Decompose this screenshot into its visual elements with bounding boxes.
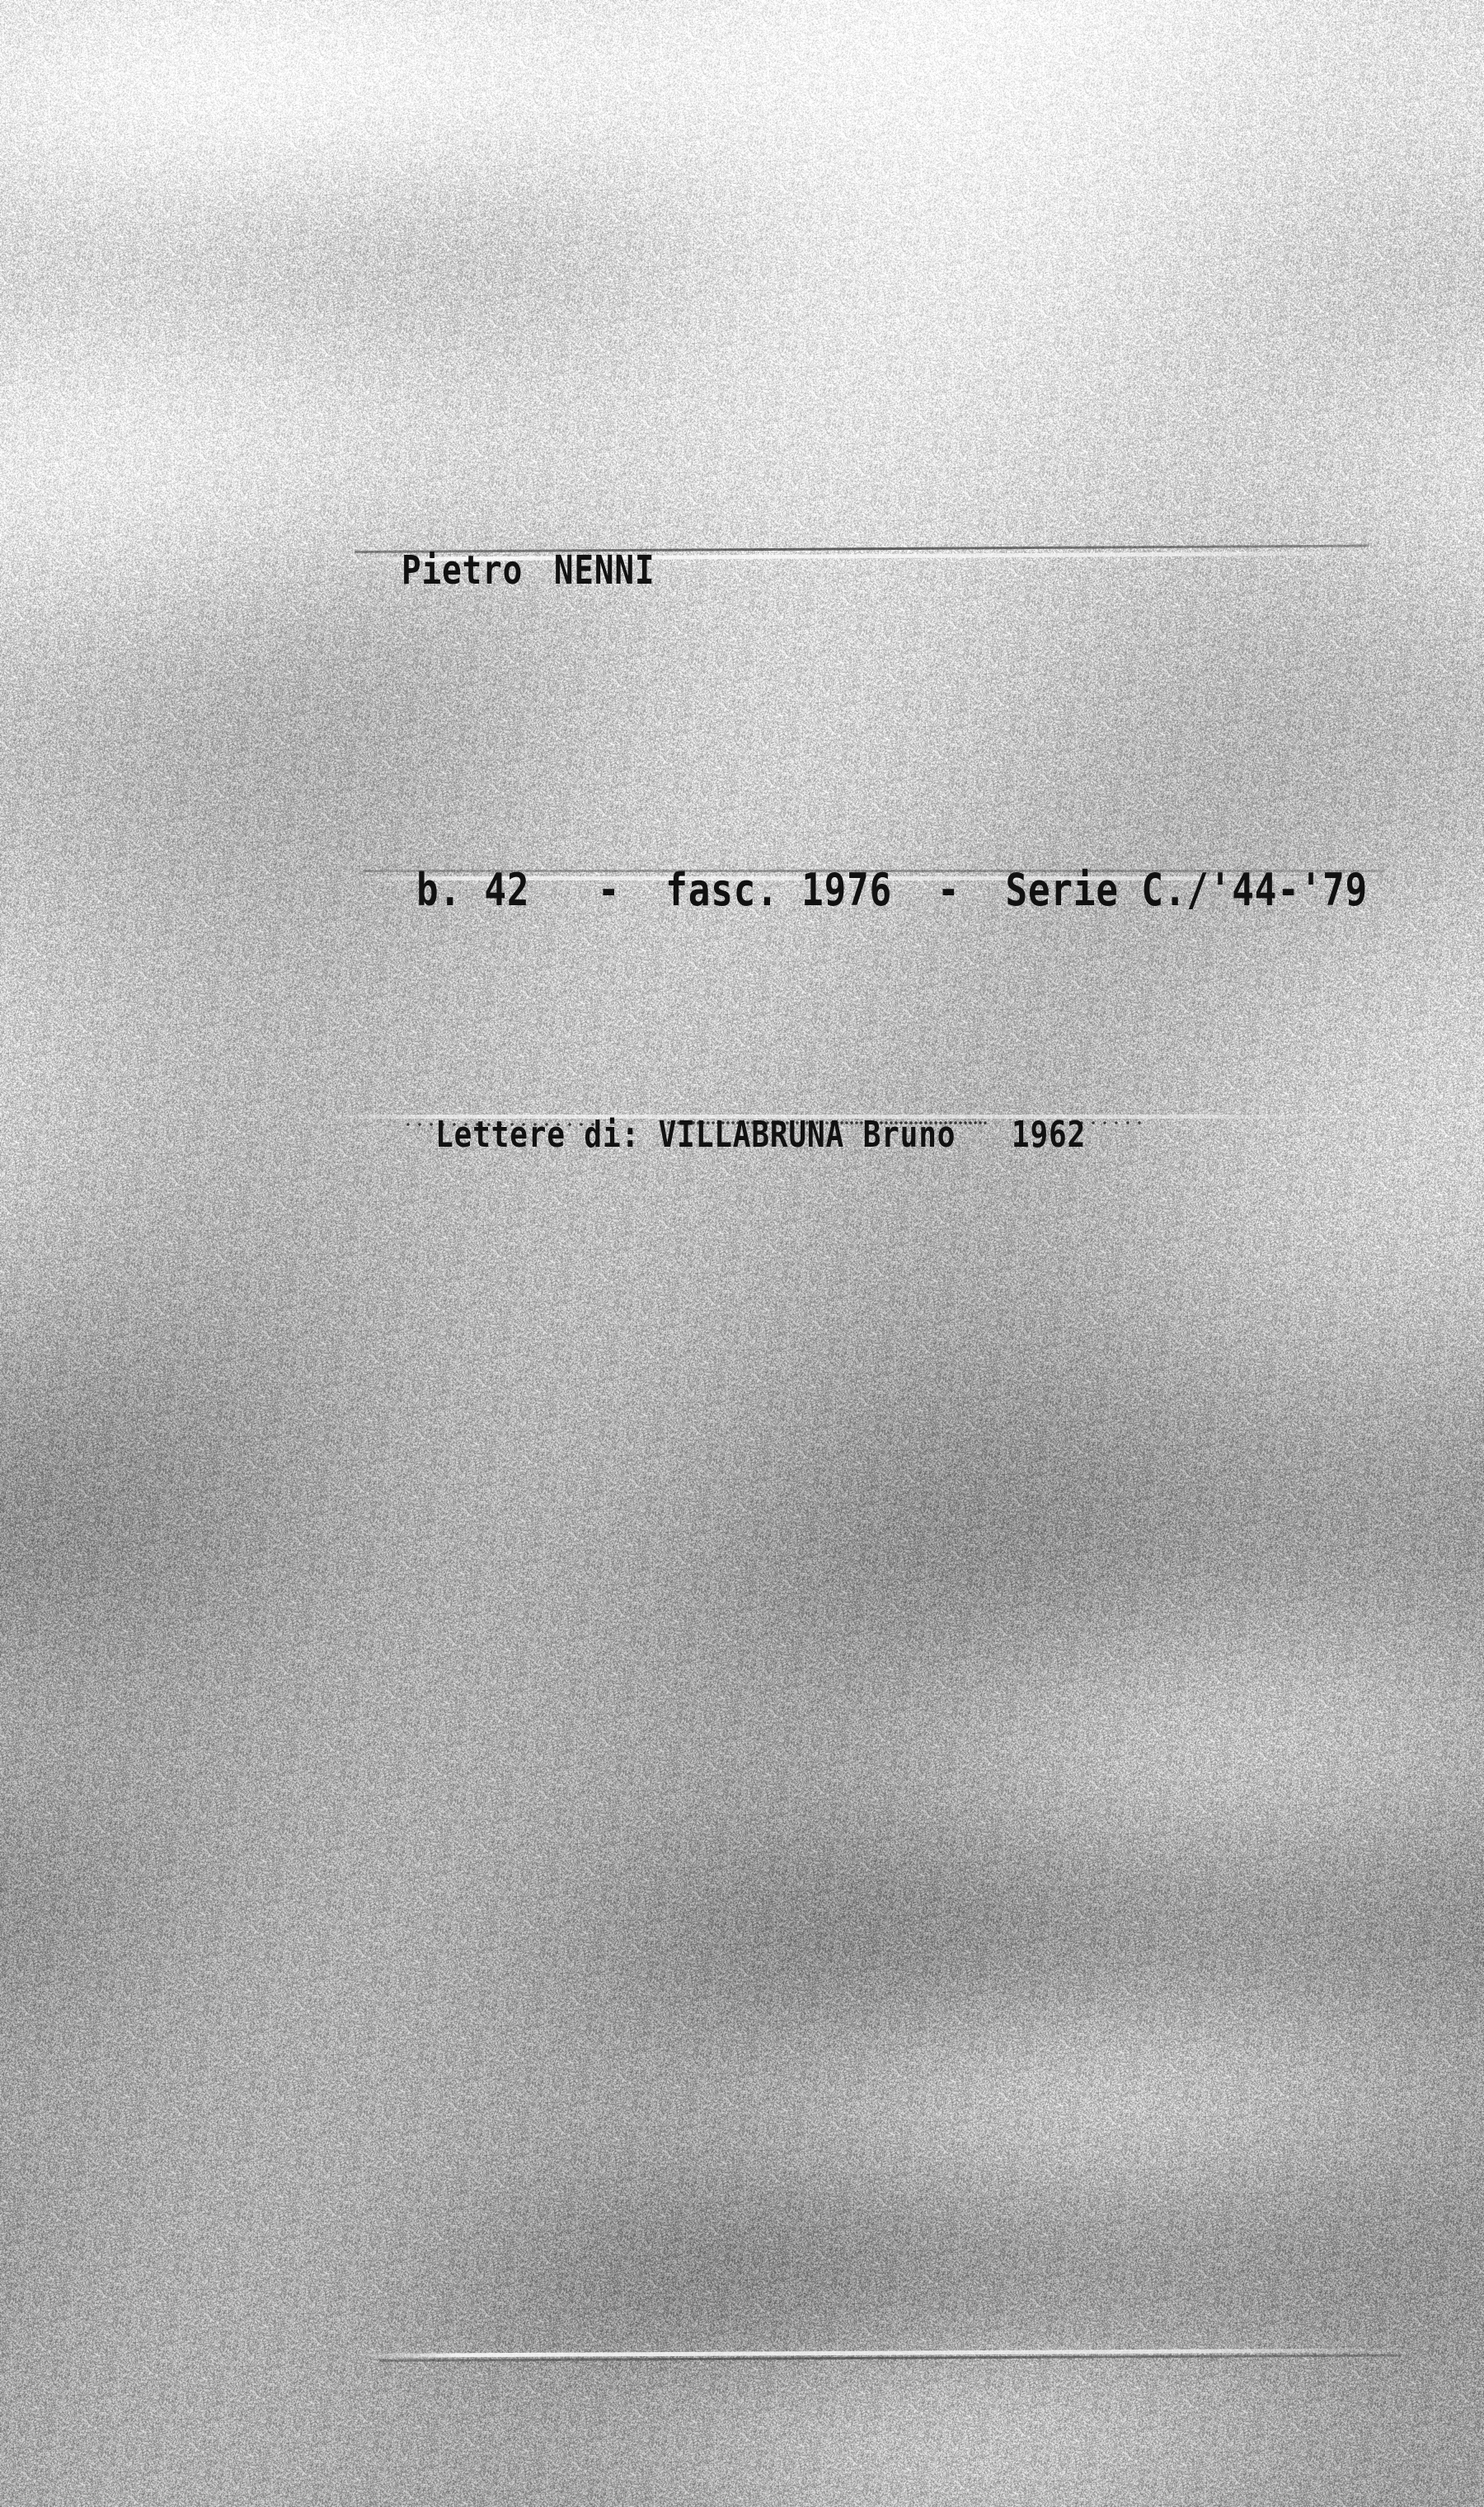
fascicolo-number: fasc. 1976 — [665, 864, 892, 916]
serie-label: Serie C./'44-'79 — [1005, 864, 1368, 916]
lettere-label: Lettere di: — [435, 1114, 640, 1156]
author-line: PietroNENNI — [361, 501, 655, 594]
lettere-line: Lettere di: VILLABRUNA Bruno 1962 — [398, 1072, 1086, 1156]
segnatura-line: b. 42 - fasc. 1976 - Serie C./'44-'79 — [371, 812, 1368, 916]
correspondent-name: VILLABRUNA Bruno — [659, 1114, 956, 1156]
scanned-paper-background — [0, 0, 1484, 2507]
author-surname: NENNI — [554, 547, 655, 594]
lettere-year: 1962 — [1012, 1114, 1086, 1156]
busta-number: b. 42 — [416, 864, 529, 916]
author-first-name: Pietro — [402, 547, 523, 594]
separator: - — [937, 864, 960, 916]
separator: - — [598, 864, 620, 916]
